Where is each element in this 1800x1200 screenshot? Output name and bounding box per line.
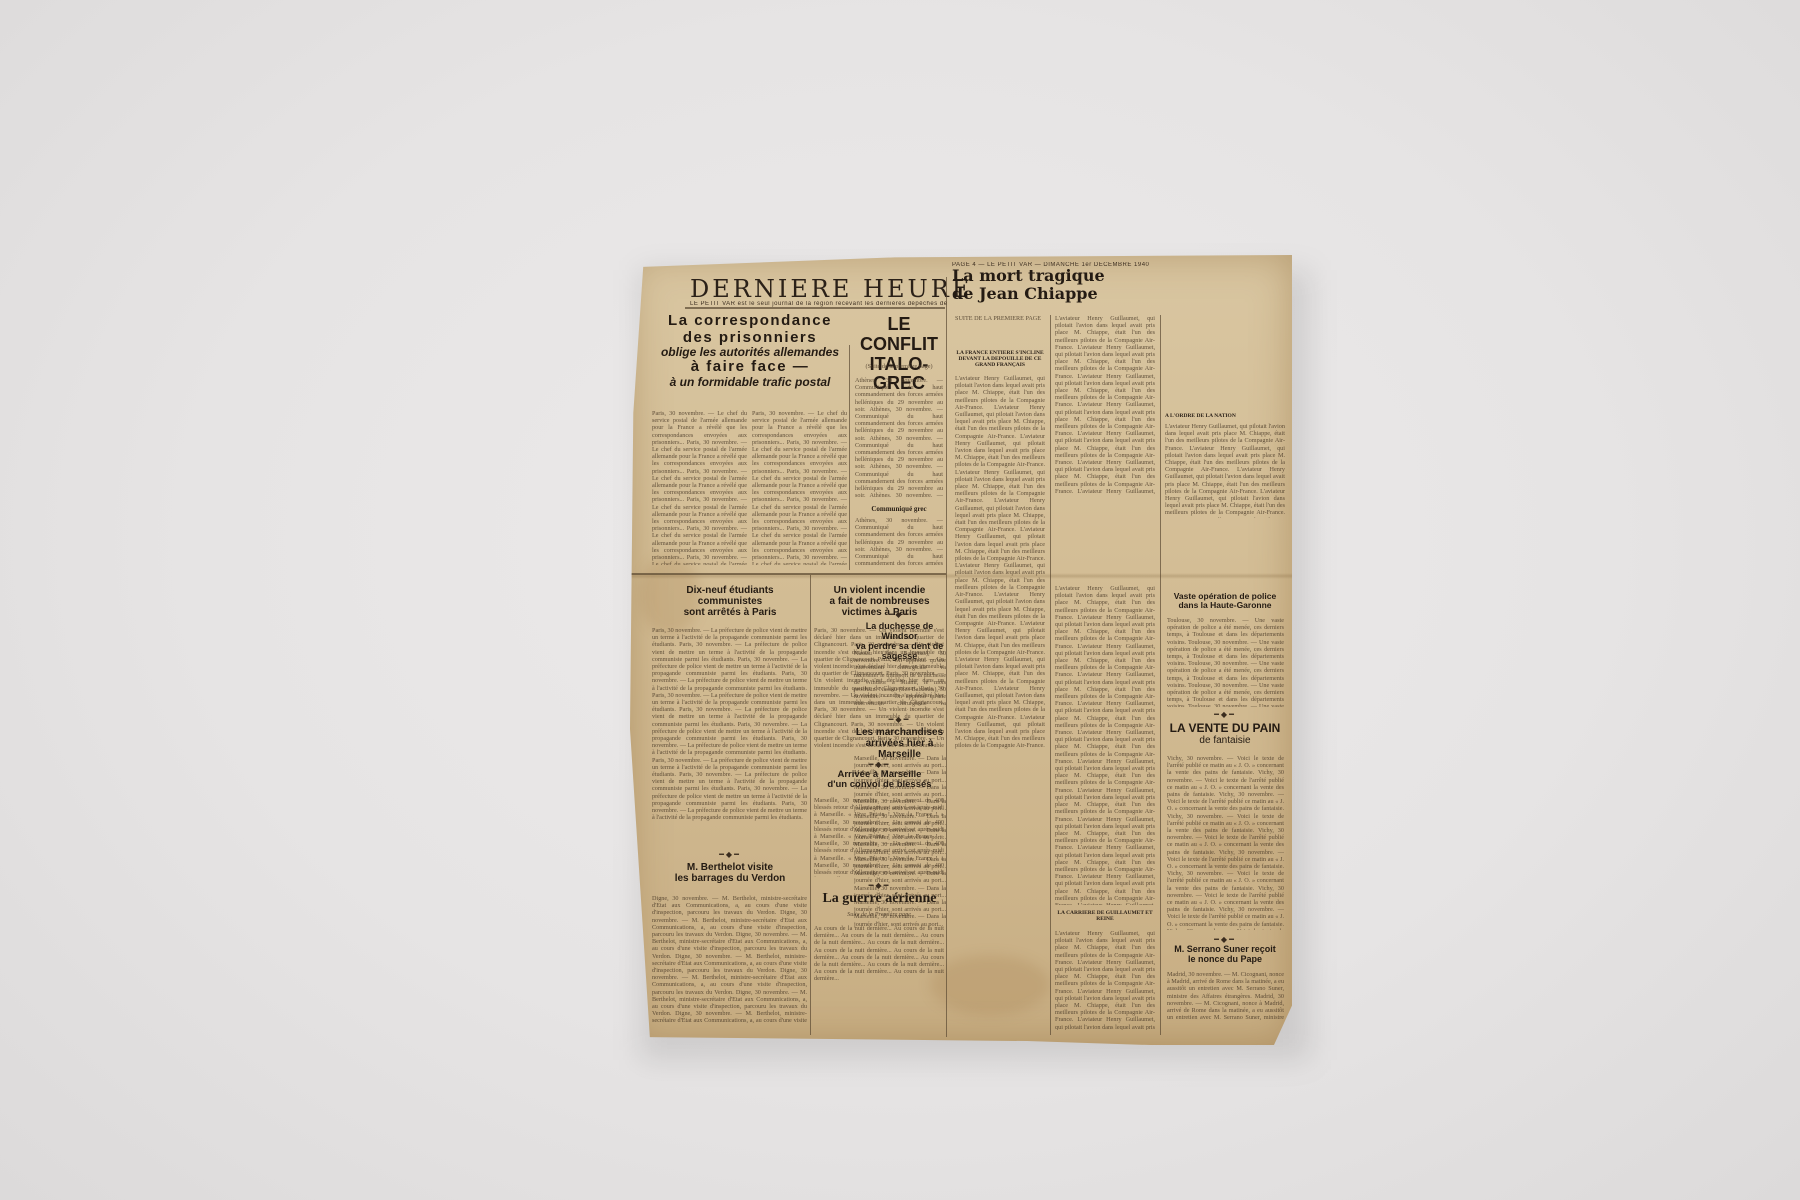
headline-line: d'un convoi de blessés [812,780,947,790]
ornament: ━◆━ [1165,710,1285,719]
headline-line: le nonce du Pape [1165,955,1285,965]
article-body: Au cours de la nuit dernière... Au cours… [814,925,944,1025]
headline-line: La mort tragique [952,267,1152,285]
headline-line: communistes [650,596,810,607]
headline-line: La guerre aérienne [812,891,947,906]
headline-etudiants: Dix-neuf étudiants communistes sont arrê… [650,585,810,618]
headline-line: les barrages du Verdon [650,873,810,884]
article-body: Vichy, 30 novembre. — Voici le texte de … [1167,755,1284,930]
headline-line: Dix-neuf étudiants [650,585,810,596]
headline-line: Un violent incendie [812,585,947,596]
article-body: L'aviateur Henry Guillaumet, qui pilotai… [1165,423,1285,518]
headline-correspondance: La correspondance des prisonniers oblige… [650,313,850,389]
headline-police: Vaste opération de police dans la Haute-… [1165,592,1285,611]
headline-line: LA VENTE DU PAIN [1165,722,1285,735]
headline-line: des prisonniers [650,330,850,347]
subhead: LA FRANCE ENTIERE S'INCLINE DEVANT LA DE… [955,350,1045,368]
article-body: Paris, 30 novembre. — Le chef du service… [752,410,847,565]
subhead: A L'ORDRE DE LA NATION [1165,413,1285,419]
article-body: Athènes, 30 novembre. — Communiqué du ha… [855,517,943,567]
article-body: Madrid, 30 novembre. — M. Cicognani, non… [1167,971,1284,1021]
subhead: Communiqué grec [855,505,943,513]
ornament: ━◆━ [812,881,947,890]
headline-line: à un formidable trafic postal [650,376,850,389]
headline-line: La correspondance [650,313,850,330]
article-body: Paris, 30 novembre. — La préfecture de p… [652,627,807,847]
ornament: ━◆━ [852,715,947,724]
headline-berthelot: M. Berthelot visite les barrages du Verd… [650,862,810,884]
headline-line: LE CONFLIT [852,315,946,355]
ornament: ━◆━ [1165,935,1285,944]
article-body: Toulouse, 30 novembre. — Une vaste opéra… [1167,617,1284,707]
article-body: L'aviateur Henry Guillaumet, qui pilotai… [1055,315,1155,495]
headline-convoi: Arrivée à Marseille d'un convoi de bless… [812,770,947,791]
headline-chiappe: La mort tragique de Jean Chiappe [952,267,1152,302]
headline-line: dans la Haute-Garonne [1165,601,1285,610]
column-rule [1160,315,1161,1035]
article-body: Nassau (Iles Bahamas), 30 novembre. — On… [854,650,946,710]
article-body: L'aviateur Henry Guillaumet, qui pilotai… [1055,585,1155,905]
column-rule [810,575,811,1035]
headline-line: M. Berthelot visite [650,862,810,873]
masthead-sub: LE PETIT VAR est le seul journal de la r… [690,301,950,307]
headline-line: de fantaisie [1165,735,1285,746]
subhead: LA CARRIERE DE GUILLAUMET ET REINE [1055,910,1155,922]
article-body: L'aviateur Henry Guillaumet, qui pilotai… [955,375,1045,905]
headline-line: Les marchandises [852,727,947,738]
newspaper-page: DERNIERE HEURE LE PETIT VAR est le seul … [630,255,1292,1045]
ornament: ━◆━ [650,850,810,859]
kicker: (Suite de la première page) [855,363,943,373]
headline-line: a fait de nombreuses [812,596,947,607]
article-body: Digne, 30 novembre. — M. Berthelot, mini… [652,895,807,1025]
ornament: ━◆━ [852,610,947,619]
headline-pain: LA VENTE DU PAIN de fantaisie [1165,722,1285,746]
headline-line: sont arrêtés à Paris [650,607,810,618]
headline-serrano: M. Serrano Suner reçoit le nonce du Pape [1165,945,1285,965]
article-body: Paris, 30 novembre. — Le chef du service… [652,410,747,565]
article-body: L'aviateur Henry Guillaumet, qui pilotai… [1055,930,1155,1030]
article-body: Athènes, 30 novembre. — Communiqué du ha… [855,377,943,497]
column-rule [1050,315,1051,1035]
headline-line: à faire face — [650,359,850,376]
headline-guerre: La guerre aérienne [812,891,947,906]
headline-line: de Jean Chiappe [952,285,1152,303]
stain [930,955,1050,1015]
kicker: Suite de la Première page [814,911,944,919]
ornament: ━◆━ [812,760,947,769]
masthead: DERNIERE HEURE [690,275,972,303]
headline-line: La duchesse de Windsor [852,622,947,642]
article-body: Marseille, 30 novembre. — Un convoi de 4… [814,797,944,877]
section-rule [630,573,946,575]
kicker: SUITE DE LA PREMIERE PAGE [955,315,1045,323]
masthead-rule [685,307,945,309]
